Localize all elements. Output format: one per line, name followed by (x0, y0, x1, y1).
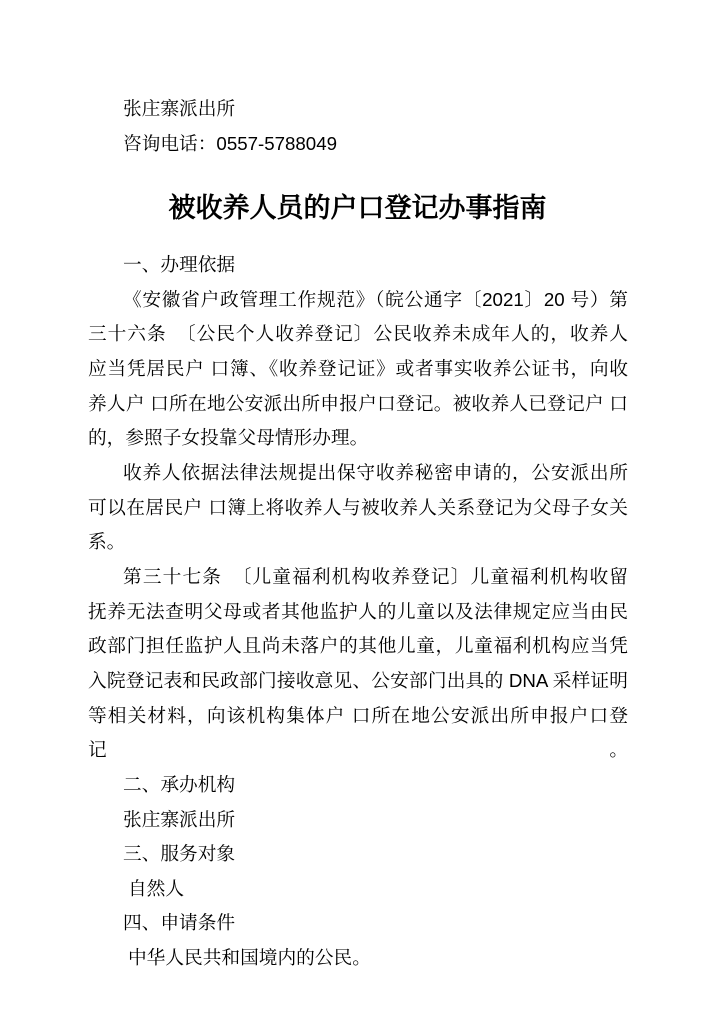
document-line: 《安徽省户政管理工作规范》（皖公通字〔2021〕20 号）第 (88, 283, 628, 318)
section-heading-agency: 二、承办机构 (88, 768, 628, 803)
document-line: 第三十七条 〔儿童福利机构收养登记〕儿童福利机构收留 (88, 560, 628, 595)
document-title: 被收养人员的户口登记办事指南 (0, 180, 715, 236)
section-heading-basis: 一、办理依据 (88, 248, 628, 283)
document-line: 收养人依据法律法规提出保守收养秘密申请的，公安派出所 (88, 456, 628, 491)
section-heading-audience: 三、服务对象 (88, 837, 628, 872)
document-line: 入院登记表和民政部门接收意见、公安部门出具的 DNA 采样证明 (88, 664, 628, 699)
document-line: 可以在居民户 口簿上将收养人与被收养人关系登记为父母子女关 (88, 491, 628, 526)
document-line: 三十六条 〔公民个人收养登记〕公民收养未成年人的，收养人 (88, 317, 628, 352)
document-line: 抚养无法查明父母或者其他监护人的儿童以及法律规定应当由民 (88, 595, 628, 630)
document-line: 政部门担任监护人且尚未落户的其他儿童，儿童福利机构应当凭 (88, 629, 628, 664)
office-name: 张庄寨派出所 (88, 92, 628, 127)
document-line: 应当凭居民户 口簿、《收养登记证》或者事实收养公证书，向收 (88, 352, 628, 387)
document-page: 张庄寨派出所 咨询电话：0557-5788049 被收养人员的户口登记办事指南 … (0, 0, 715, 1011)
document-body: 一、办理依据 《安徽省户政管理工作规范》（皖公通字〔2021〕20 号）第 三十… (88, 248, 628, 976)
document-line: 系。 (88, 525, 628, 560)
audience-value: 自然人 (88, 872, 628, 907)
phone-line: 咨询电话：0557-5788049 (88, 127, 628, 162)
agency-name: 张庄寨派出所 (88, 803, 628, 838)
document-line: 的，参照子女投靠父母情形办理。 (88, 421, 628, 456)
section-heading-conditions: 四、申请条件 (88, 906, 628, 941)
document-line: 养人户 口所在地公安派出所申报户口登记。被收养人已登记户 口 (88, 387, 628, 422)
document-header: 张庄寨派出所 咨询电话：0557-5788049 (88, 92, 628, 161)
conditions-value: 中华人民共和国境内的公民。 (88, 941, 628, 976)
document-line: 等相关材料，向该机构集体户 口所在地公安派出所申报户口登记。 (88, 699, 628, 768)
